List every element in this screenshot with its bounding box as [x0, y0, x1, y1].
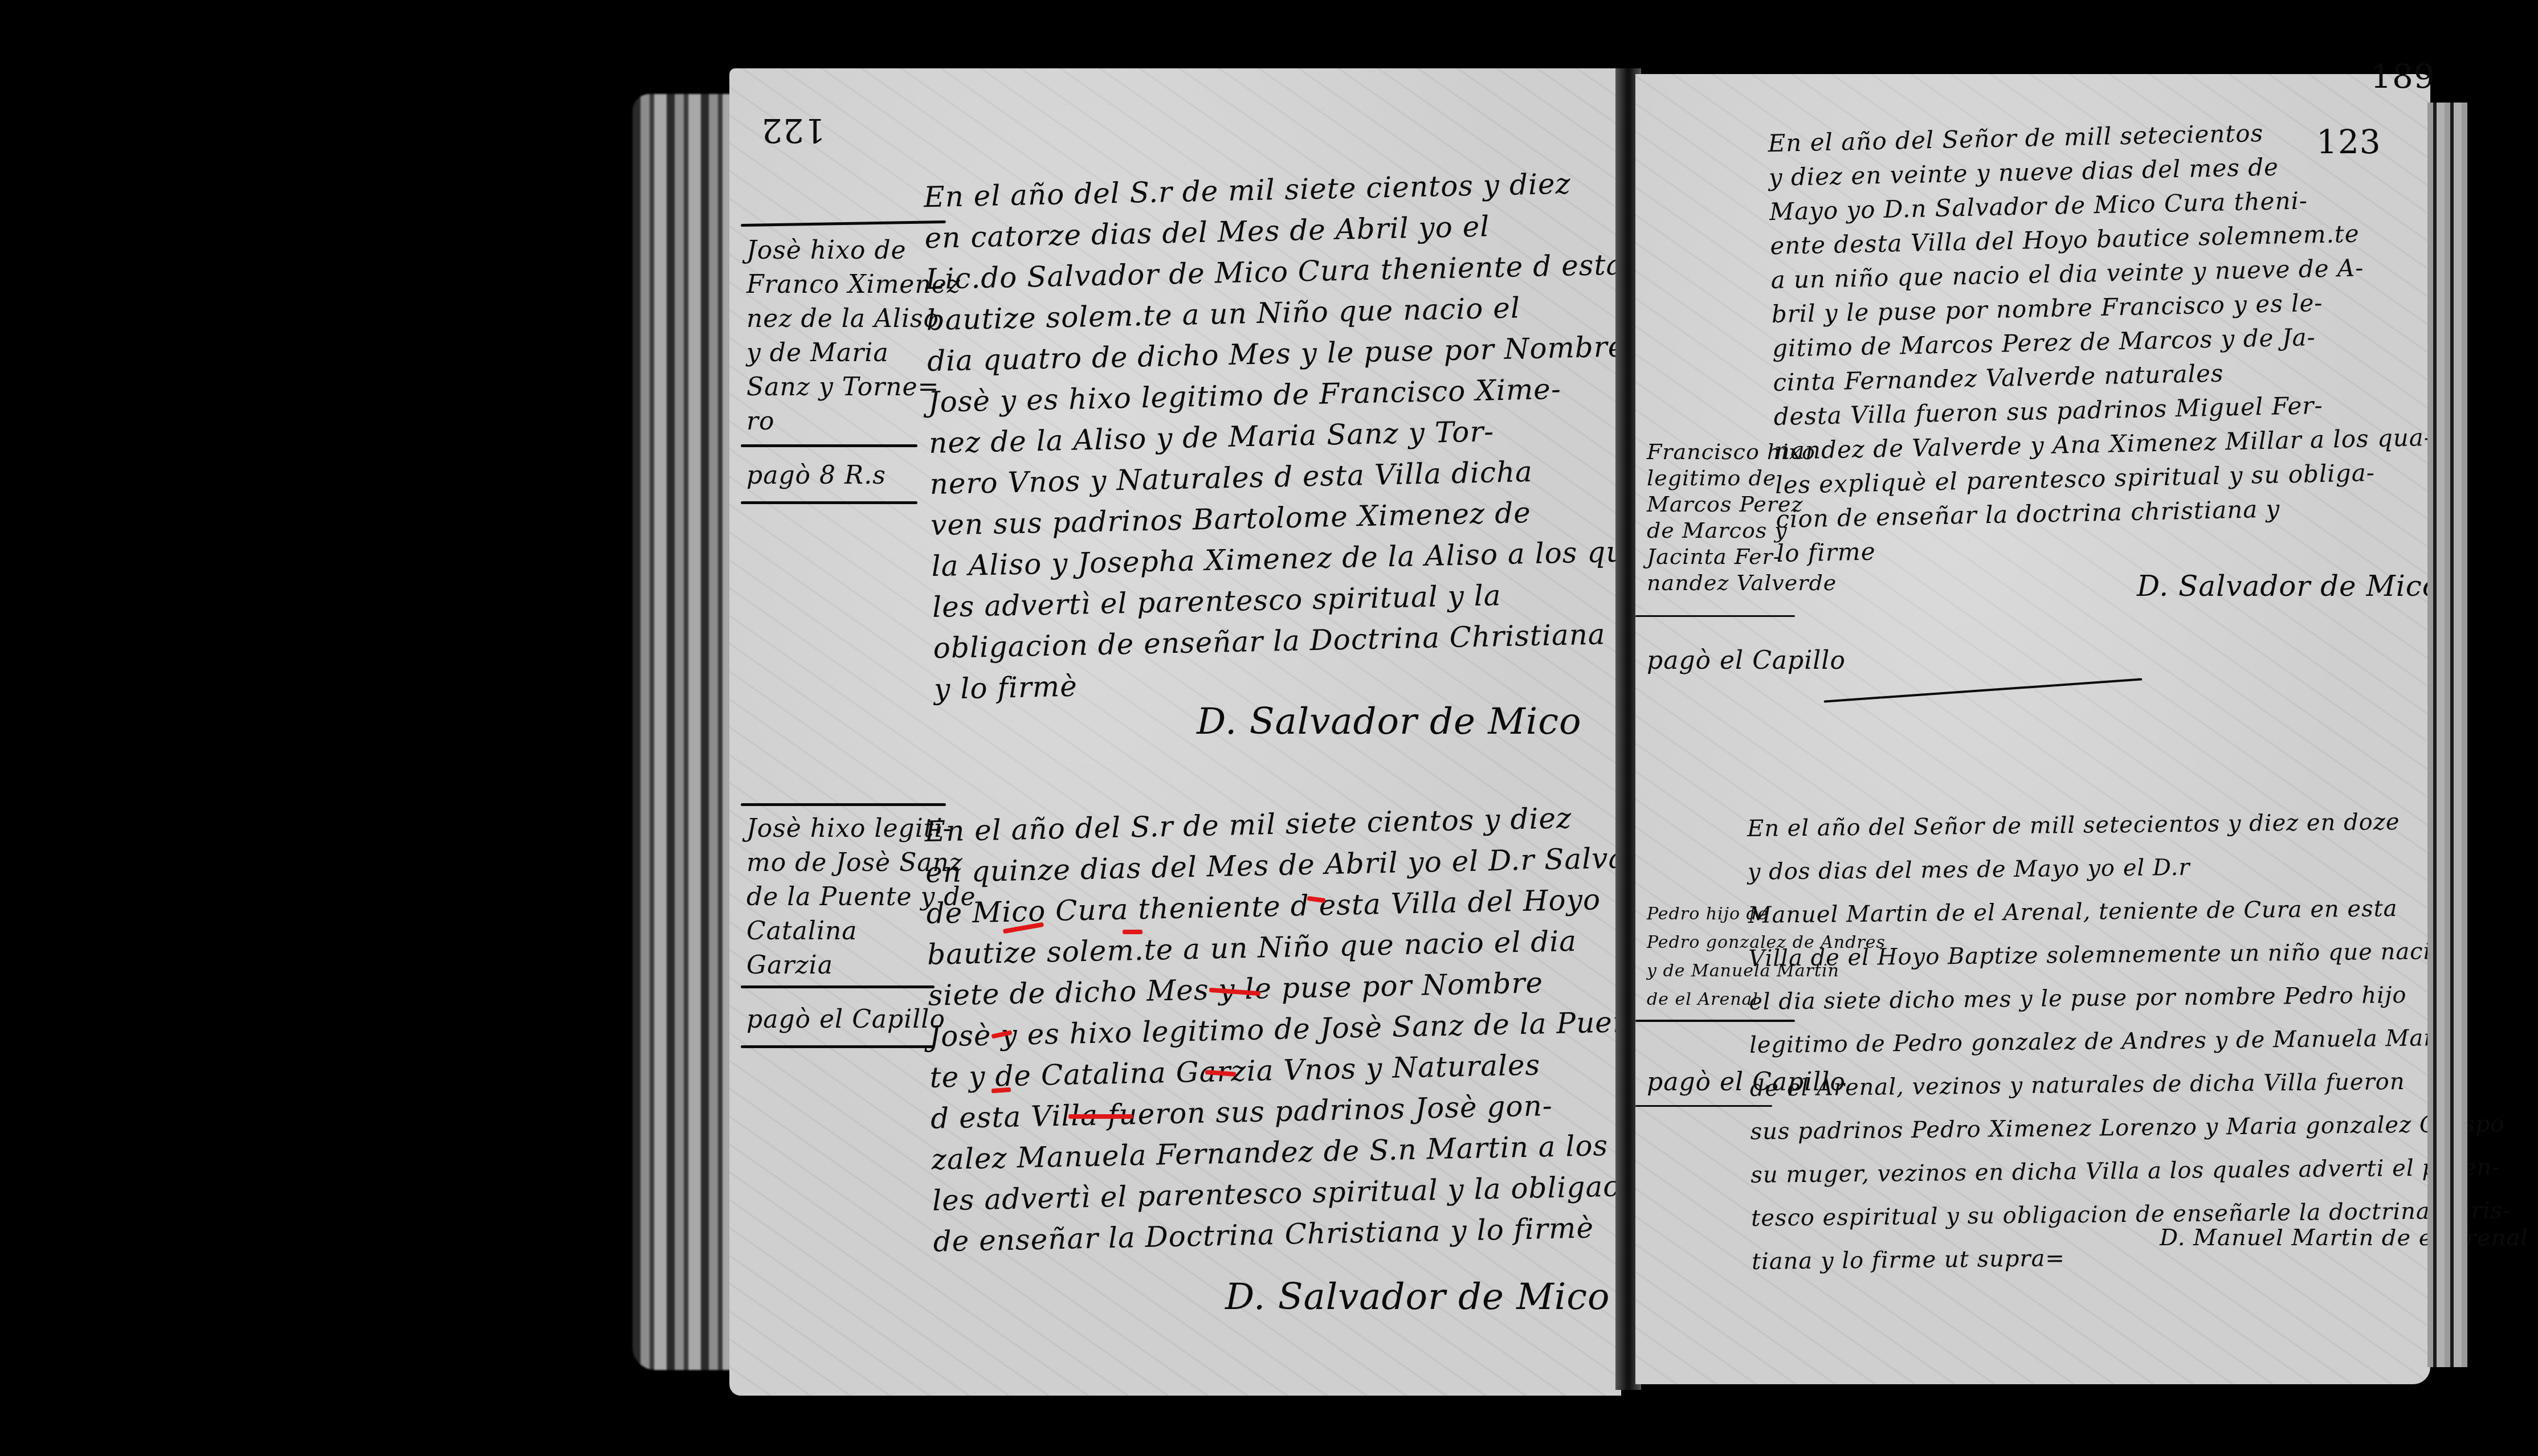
left-folio-number: 122	[761, 111, 826, 150]
margin-rule	[741, 985, 935, 988]
entry-2-signature: D. Salvador de Mico	[1225, 1276, 1610, 1318]
margin-rule	[741, 1045, 935, 1048]
entry-3-signature: D. Salvador de Mico	[2137, 570, 2440, 603]
red-underline-catalina-garzia	[1068, 1114, 1133, 1119]
margin-rule	[741, 220, 946, 227]
right-page: 189 123 Francisco hixo legitimo de Marco…	[1635, 74, 2430, 1384]
open-register-book: 122 Josè hixo de Franco Ximenez nez de l…	[633, 68, 2473, 1396]
entry-4-signature: D. Manuel Martin de el Arenal	[2160, 1225, 2528, 1251]
entry-1-signature: D. Salvador de Mico	[1197, 701, 1582, 743]
entry-2-payment-note: pagò el Capillo	[746, 1003, 945, 1037]
stacked-page-edges	[633, 94, 735, 1370]
entry-3-payment-note: pagò el Capillo	[1647, 644, 1846, 678]
margin-rule	[1635, 615, 1795, 617]
margin-rule	[741, 501, 917, 504]
entry-1-payment-note: pagò 8 R.s	[746, 459, 886, 493]
red-underline-abril	[1123, 930, 1142, 934]
entry-4-body: En el año del Señor de mill setecientos …	[1747, 799, 2512, 1283]
right-page-edges	[2427, 103, 2467, 1367]
entry-3-body: En el año del Señor de mill setecientos …	[1768, 113, 2435, 571]
right-folio-number-top: 189	[2370, 57, 2435, 96]
margin-rule	[741, 803, 946, 806]
entry-2-body: En el año del S.r de mil siete cientos y…	[924, 795, 1685, 1262]
margin-rule	[741, 444, 917, 447]
entry-divider	[1824, 678, 2143, 702]
left-page: 122 Josè hixo de Franco Ximenez nez de l…	[729, 68, 1621, 1396]
